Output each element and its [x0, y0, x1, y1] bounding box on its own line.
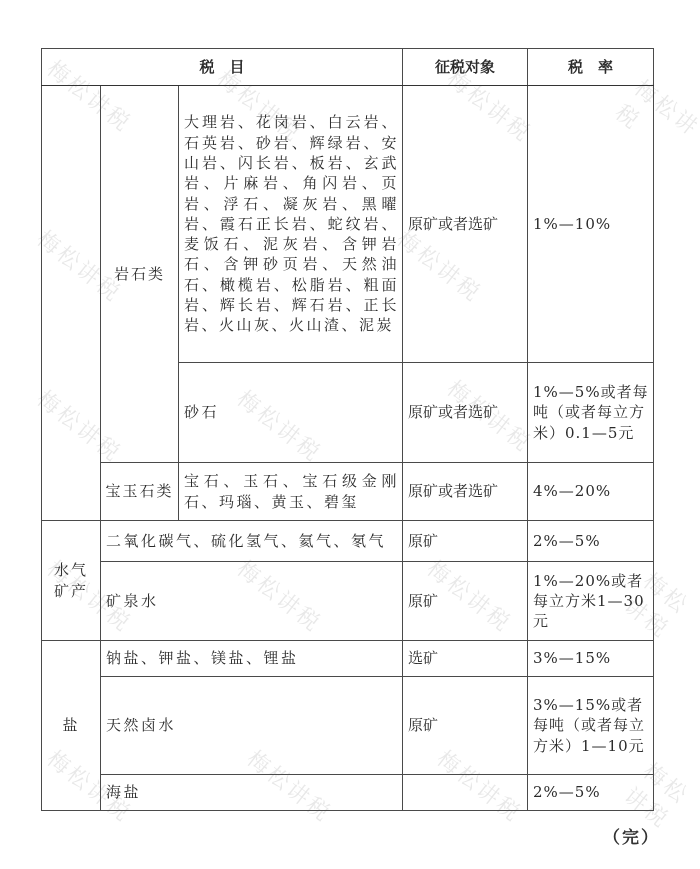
- table-row: 天然卤水 原矿 3%—15%或者每吨（或者每立方米）1—10元: [42, 677, 654, 775]
- header-tax-rate: 税 率: [528, 49, 654, 86]
- category-water-gas: 水气矿产: [42, 521, 101, 641]
- items-cell: 砂石: [179, 363, 403, 463]
- object-cell: 原矿: [403, 677, 528, 775]
- items-cell: 钠盐、钾盐、镁盐、锂盐: [101, 641, 403, 677]
- items-cell: 大理岩、花岗岩、白云岩、石英岩、砂岩、辉绿岩、安山岩、闪长岩、板岩、玄武岩、片麻…: [179, 86, 403, 363]
- category-cell: [42, 86, 101, 521]
- resource-tax-table: 税 目 征税对象 税 率 岩石类 大理岩、花岗岩、白云岩、石英岩、砂岩、辉绿岩、…: [41, 48, 654, 811]
- object-cell: [403, 775, 528, 811]
- table-row: 宝玉石类 宝石、玉石、宝石级金刚石、玛瑙、黄玉、碧玺 原矿或者选矿 4%—20%: [42, 463, 654, 521]
- items-cell: 海盐: [101, 775, 403, 811]
- table-header-row: 税 目 征税对象 税 率: [42, 49, 654, 86]
- rate-cell: 1%—5%或者每吨（或者每立方米）0.1—5元: [528, 363, 654, 463]
- object-cell: 原矿或者选矿: [403, 86, 528, 363]
- subcategory-gem: 宝玉石类: [101, 463, 179, 521]
- table-row: 矿泉水 原矿 1%—20%或者每立方米1—30元: [42, 562, 654, 641]
- subcategory-rock: 岩石类: [101, 86, 179, 463]
- object-cell: 原矿或者选矿: [403, 463, 528, 521]
- rate-cell: 2%—5%: [528, 521, 654, 562]
- category-salt: 盐: [42, 641, 101, 811]
- rate-cell: 4%—20%: [528, 463, 654, 521]
- items-cell: 宝石、玉石、宝石级金刚石、玛瑙、黄玉、碧玺: [179, 463, 403, 521]
- header-tax-item: 税 目: [42, 49, 403, 86]
- object-cell: 原矿或者选矿: [403, 363, 528, 463]
- object-cell: 原矿: [403, 521, 528, 562]
- object-cell: 选矿: [403, 641, 528, 677]
- rate-cell: 1%—20%或者每立方米1—30元: [528, 562, 654, 641]
- table-row: 盐 钠盐、钾盐、镁盐、锂盐 选矿 3%—15%: [42, 641, 654, 677]
- header-tax-object: 征税对象: [403, 49, 528, 86]
- rate-cell: 3%—15%: [528, 641, 654, 677]
- rate-cell: 2%—5%: [528, 775, 654, 811]
- rate-cell: 1%—10%: [528, 86, 654, 363]
- end-mark: （完）: [603, 823, 660, 848]
- table-row: 岩石类 大理岩、花岗岩、白云岩、石英岩、砂岩、辉绿岩、安山岩、闪长岩、板岩、玄武…: [42, 86, 654, 363]
- items-cell: 天然卤水: [101, 677, 403, 775]
- items-cell: 二氧化碳气、硫化氢气、氦气、氡气: [101, 521, 403, 562]
- object-cell: 原矿: [403, 562, 528, 641]
- table-row: 海盐 2%—5%: [42, 775, 654, 811]
- rate-cell: 3%—15%或者每吨（或者每立方米）1—10元: [528, 677, 654, 775]
- table-row: 水气矿产 二氧化碳气、硫化氢气、氦气、氡气 原矿 2%—5%: [42, 521, 654, 562]
- items-cell: 矿泉水: [101, 562, 403, 641]
